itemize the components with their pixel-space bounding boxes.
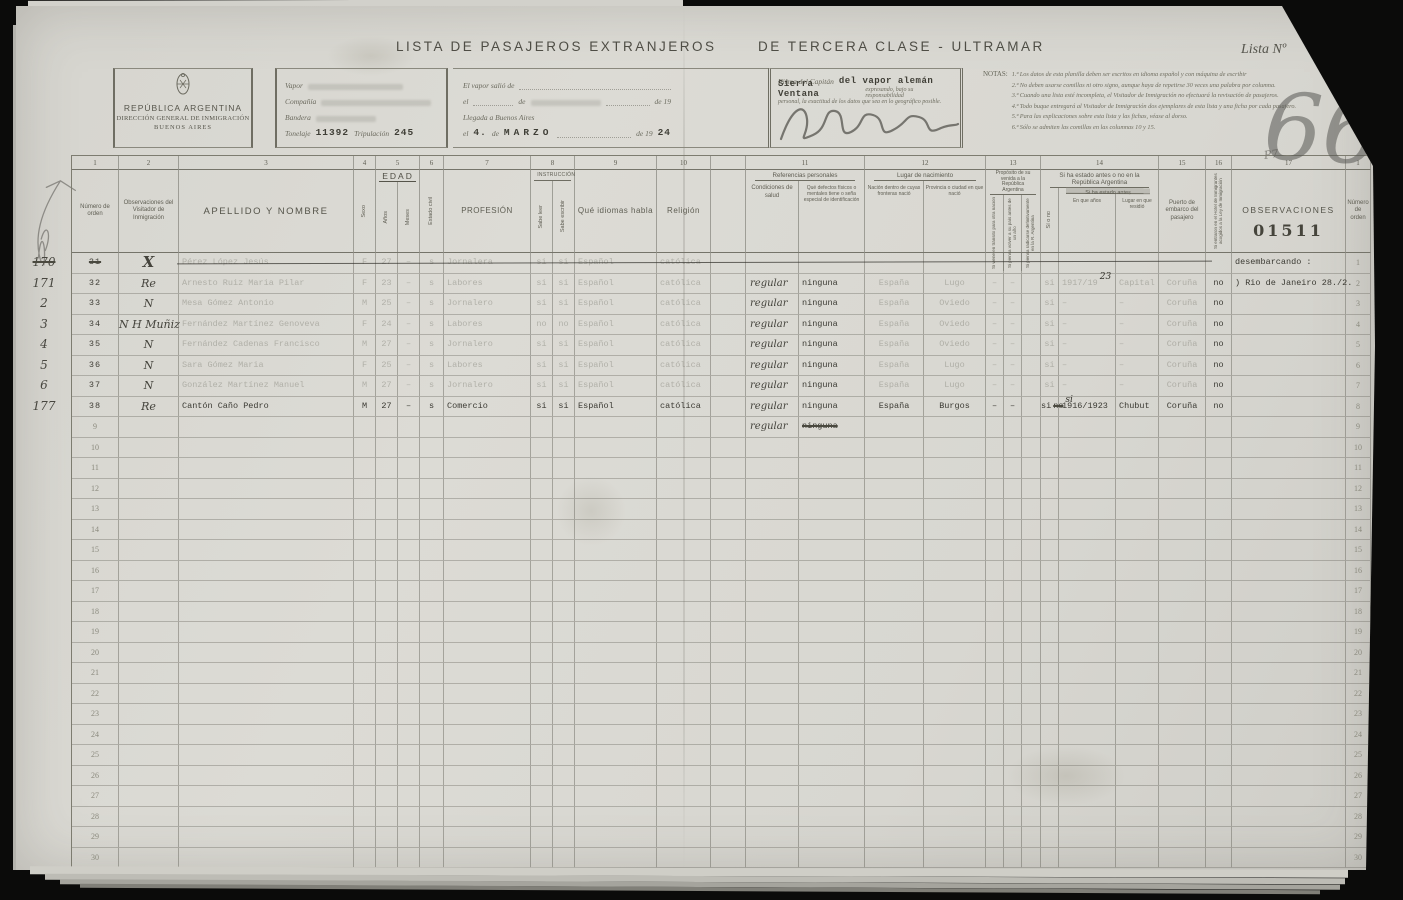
cell-pv: Burgos — [924, 397, 986, 418]
cell-a — [376, 725, 398, 746]
cell-sa — [746, 827, 799, 848]
cell-sa: regular — [746, 274, 799, 295]
cell-sn — [1041, 786, 1059, 807]
cell-p1: – — [986, 356, 1004, 377]
cell-n: 11 — [72, 458, 119, 479]
cell-ob — [1232, 704, 1346, 725]
cell-id — [575, 684, 657, 705]
cell-sa — [746, 745, 799, 766]
cell-na — [865, 848, 924, 869]
cell-ob — [1232, 356, 1346, 377]
cell-es — [553, 602, 575, 623]
cell-o — [119, 807, 179, 828]
cell-ob — [1232, 499, 1346, 520]
cell-lu — [1116, 643, 1159, 664]
cell-ea — [1059, 602, 1116, 623]
cell-p3 — [1022, 376, 1041, 397]
de19-label2: de 19 — [636, 129, 652, 138]
cell-pv — [924, 663, 986, 684]
cell-sp — [711, 786, 746, 807]
cell-a — [376, 663, 398, 684]
cell-lu — [1116, 253, 1159, 274]
cell-ea: – — [1059, 315, 1116, 336]
cell-pr: Jornalero — [444, 335, 531, 356]
cell-num: 23 — [1346, 704, 1371, 725]
cell-ob — [1232, 479, 1346, 500]
cell-name — [179, 479, 354, 500]
cell-ms — [398, 745, 420, 766]
salida-label: El vapor salió de — [463, 81, 514, 90]
table-row: 36NSara Gómez MariaF25–sLaboressisiEspañ… — [72, 356, 1372, 377]
cell-o — [119, 499, 179, 520]
cell-id — [575, 704, 657, 725]
cell-sp — [711, 520, 746, 541]
cell-p2 — [1004, 807, 1022, 828]
cell-sn: si — [1041, 294, 1059, 315]
cell-num: 28 — [1346, 807, 1371, 828]
cell-na: España — [865, 397, 924, 418]
cell-es — [553, 684, 575, 705]
cell-n: 21 — [72, 663, 119, 684]
cell-es — [553, 417, 575, 438]
cell-ms — [398, 786, 420, 807]
cell-le — [531, 848, 553, 869]
cell-p2: – — [1004, 376, 1022, 397]
cell-o — [119, 745, 179, 766]
cell-re: católica — [657, 294, 711, 315]
cell-ec: s — [420, 397, 444, 418]
cell-ho: no — [1206, 274, 1232, 295]
col-number — [711, 156, 746, 170]
cell-a — [376, 807, 398, 828]
cell-ob — [1232, 540, 1346, 561]
cell-n: 34 — [72, 315, 119, 336]
cell-p2: – — [1004, 356, 1022, 377]
cell-o — [119, 725, 179, 746]
cell-re: católica — [657, 274, 711, 295]
table-row: 2121 — [72, 663, 1372, 684]
cell-na — [865, 417, 924, 438]
cell-a — [376, 479, 398, 500]
table-row: 3030 — [72, 848, 1372, 869]
cell-sx — [354, 725, 376, 746]
cell-pv — [924, 725, 986, 746]
cell-p2 — [1004, 745, 1022, 766]
cell-sx: F — [354, 315, 376, 336]
cell-ec — [420, 786, 444, 807]
cell-le — [531, 438, 553, 459]
cell-id — [575, 540, 657, 561]
cell-ho — [1206, 417, 1232, 438]
table-row: 33NMesa Gómez AntonioM25–sJornalerosisiE… — [72, 294, 1372, 315]
cell-p2: – — [1004, 315, 1022, 336]
cell-lu — [1116, 786, 1159, 807]
cell-a — [376, 622, 398, 643]
cell-ea — [1059, 807, 1116, 828]
cell-ho — [1206, 581, 1232, 602]
cell-a — [376, 540, 398, 561]
cell-sa: regular — [746, 376, 799, 397]
el-label2: el — [463, 129, 468, 138]
empty-box — [681, 68, 768, 148]
cell-sx — [354, 643, 376, 664]
cell-ms: – — [398, 294, 420, 315]
cell-ea — [1059, 458, 1116, 479]
cell-n: 10 — [72, 438, 119, 459]
cell-pv — [924, 499, 986, 520]
cell-n: 25 — [72, 745, 119, 766]
cell-pv — [924, 745, 986, 766]
tripulacion-label: Tripulación — [354, 129, 389, 138]
cell-ea — [1059, 827, 1116, 848]
cell-na: España — [865, 294, 924, 315]
cell-name — [179, 438, 354, 459]
cell-pv — [924, 520, 986, 541]
cell-ea — [1059, 684, 1116, 705]
margin-number — [22, 416, 66, 437]
cell-es — [553, 520, 575, 541]
el-label: el — [463, 97, 468, 106]
cell-pt — [1159, 725, 1206, 746]
cell-lu — [1116, 438, 1159, 459]
cell-ec — [420, 581, 444, 602]
cell-name: Sara Gómez Maria — [179, 356, 354, 377]
table-row: 1818 — [72, 602, 1372, 623]
cell-sp — [711, 602, 746, 623]
cell-sn — [1041, 663, 1059, 684]
cell-sa — [746, 520, 799, 541]
header-estado-civil: Estado civil — [428, 197, 434, 225]
cell-p3 — [1022, 622, 1041, 643]
cell-sa — [746, 499, 799, 520]
cell-pr — [444, 561, 531, 582]
cell-sn — [1041, 766, 1059, 787]
cell-ec — [420, 622, 444, 643]
cell-de — [799, 561, 865, 582]
cell-lu — [1116, 499, 1159, 520]
cell-ec: s — [420, 294, 444, 315]
cell-pt: Coruña — [1159, 274, 1206, 295]
cell-ea — [1059, 848, 1116, 869]
table-row: 32ReArnesto Ruiz Maria PilarF23–sLabores… — [72, 274, 1372, 295]
cell-ms: – — [398, 397, 420, 418]
cell-name — [179, 458, 354, 479]
captain-signature — [771, 97, 961, 147]
cell-sx — [354, 581, 376, 602]
cell-sa — [746, 786, 799, 807]
cell-sx: F — [354, 356, 376, 377]
header-proposito: Propósito de su venida a la República Ar… — [990, 170, 1036, 195]
llegada-label: Llegada a Buenos Aires — [463, 113, 534, 122]
cell-sp — [711, 684, 746, 705]
cell-sx — [354, 479, 376, 500]
cell-a: 25 — [376, 356, 398, 377]
cell-p1 — [986, 438, 1004, 459]
cell-a — [376, 745, 398, 766]
col-number: 6 — [420, 156, 444, 170]
cell-num: 7 — [1346, 376, 1371, 397]
cell-pt: Coruña — [1159, 335, 1206, 356]
cell-n: 17 — [72, 581, 119, 602]
stamp-number: 01511 — [1253, 221, 1324, 240]
cell-o — [119, 684, 179, 705]
cell-ob — [1232, 417, 1346, 438]
cell-pv: Lugo — [924, 274, 986, 295]
col-number: 11 — [746, 156, 865, 170]
cell-a — [376, 848, 398, 869]
cell-na: España — [865, 274, 924, 295]
cell-a: 27 — [376, 335, 398, 356]
cell-pr — [444, 766, 531, 787]
cell-p1 — [986, 520, 1004, 541]
cell-o — [119, 622, 179, 643]
cell-sn: si — [1041, 274, 1059, 295]
cell-sx — [354, 622, 376, 643]
cell-sx — [354, 827, 376, 848]
de-label2: de — [492, 129, 499, 138]
cell-pt — [1159, 479, 1206, 500]
cell-ob — [1232, 643, 1346, 664]
cell-sa: regular — [746, 417, 799, 438]
cell-sp — [711, 438, 746, 459]
cell-es: no — [553, 315, 575, 336]
header-numero-orden: Número de orden — [72, 203, 118, 220]
cell-ea — [1059, 766, 1116, 787]
cell-ec — [420, 438, 444, 459]
cell-pv — [924, 643, 986, 664]
cell-name — [179, 704, 354, 725]
cell-pr — [444, 663, 531, 684]
cell-name — [179, 766, 354, 787]
cell-sp — [711, 807, 746, 828]
cell-sn — [1041, 540, 1059, 561]
cell-ho — [1206, 253, 1232, 274]
cell-le — [531, 622, 553, 643]
cell-ho — [1206, 602, 1232, 623]
cell-es: si — [553, 335, 575, 356]
cell-o: N — [119, 335, 179, 356]
cell-num: 14 — [1346, 520, 1371, 541]
cell-ec: s — [420, 376, 444, 397]
cell-a — [376, 561, 398, 582]
cell-o — [119, 766, 179, 787]
cell-ob — [1232, 622, 1346, 643]
cell-sa — [746, 766, 799, 787]
cell-id — [575, 622, 657, 643]
ship-info-box: Vapor Compañía Bandera Tonelaje 11392 Tr… — [275, 68, 448, 148]
cell-p1 — [986, 827, 1004, 848]
cell-a: 24 — [376, 315, 398, 336]
cell-lu — [1116, 602, 1159, 623]
col-number: 4 — [354, 156, 376, 170]
cell-sp — [711, 253, 746, 274]
cell-ea — [1059, 479, 1116, 500]
cell-sa — [746, 438, 799, 459]
cell-le: si — [531, 335, 553, 356]
cell-sx: M — [354, 335, 376, 356]
cell-sx — [354, 766, 376, 787]
cell-id: Español — [575, 356, 657, 377]
cell-re — [657, 745, 711, 766]
cell-name — [179, 417, 354, 438]
header-observaciones-visitador: Observaciones del Visitador de Inmigraci… — [119, 199, 178, 224]
header-transito: Si viene en tránsito para otra nación — [992, 197, 997, 269]
cell-ob — [1232, 786, 1346, 807]
cell-re — [657, 643, 711, 664]
table-row: 2525 — [72, 745, 1372, 766]
cell-ms — [398, 417, 420, 438]
cell-id — [575, 602, 657, 623]
cell-ho — [1206, 786, 1232, 807]
cell-num: 12 — [1346, 479, 1371, 500]
cell-re — [657, 848, 711, 869]
cell-re — [657, 417, 711, 438]
cell-de — [799, 725, 865, 746]
cell-pr — [444, 745, 531, 766]
cell-ho — [1206, 499, 1232, 520]
cell-re: católica — [657, 335, 711, 356]
cell-sa — [746, 458, 799, 479]
cell-pv: Lugo — [924, 356, 986, 377]
header-volver-pais: Si piensa volver a su país antes de un a… — [1008, 195, 1018, 271]
header-en-que-anos: En que años — [1072, 197, 1102, 205]
cell-ob — [1232, 725, 1346, 746]
cell-ec — [420, 827, 444, 848]
cell-pt — [1159, 581, 1206, 602]
cell-de — [799, 438, 865, 459]
de-label: de — [518, 97, 525, 106]
cell-ho — [1206, 725, 1232, 746]
cell-es — [553, 848, 575, 869]
illegible-typed-value — [531, 100, 601, 106]
cell-lu: – — [1116, 335, 1159, 356]
cell-a — [376, 827, 398, 848]
authority-line2: DIRECCIÓN GENERAL DE INMIGRACIÓN — [115, 115, 251, 122]
cell-num: 21 — [1346, 663, 1371, 684]
cell-ms — [398, 725, 420, 746]
cell-sn — [1041, 745, 1059, 766]
cell-de: ninguna — [799, 315, 865, 336]
cell-p3 — [1022, 745, 1041, 766]
cell-pr — [444, 581, 531, 602]
document-photo: LISTA DE PASAJEROS EXTRANJEROS DE TERCER… — [0, 0, 1403, 900]
cell-ec — [420, 684, 444, 705]
cell-sx — [354, 540, 376, 561]
cell-name — [179, 848, 354, 869]
cell-ms — [398, 499, 420, 520]
cell-lu: – — [1116, 315, 1159, 336]
binding-edge — [13, 25, 16, 870]
cell-name — [179, 745, 354, 766]
header-observaciones: OBSERVACIONES — [1241, 206, 1335, 216]
compania-label: Compañía — [285, 97, 316, 106]
cell-ea: – — [1059, 356, 1116, 377]
cell-num: 17 — [1346, 581, 1371, 602]
cell-pt — [1159, 417, 1206, 438]
cell-pv — [924, 540, 986, 561]
table-row: 2727 — [72, 786, 1372, 807]
cell-p2 — [1004, 827, 1022, 848]
cell-a — [376, 786, 398, 807]
cell-p2 — [1004, 704, 1022, 725]
cell-ho — [1206, 479, 1232, 500]
margin-number: 2 — [22, 293, 66, 314]
cell-lu: Capital — [1116, 274, 1159, 295]
cell-lu — [1116, 725, 1159, 746]
cell-pt — [1159, 745, 1206, 766]
cell-ho — [1206, 745, 1232, 766]
cell-ea — [1059, 561, 1116, 582]
table-row: 1515 — [72, 540, 1372, 561]
cell-de — [799, 253, 865, 274]
cell-p2 — [1004, 643, 1022, 664]
col-number: 15 — [1159, 156, 1206, 170]
cell-ec — [420, 540, 444, 561]
cell-sp — [711, 294, 746, 315]
cell-p1: – — [986, 397, 1004, 418]
table-row: 1616 — [72, 561, 1372, 582]
cell-sx — [354, 458, 376, 479]
cell-sa: regular — [746, 397, 799, 418]
header-profesion: PROFESIÓN — [460, 206, 514, 216]
cell-ea — [1059, 786, 1116, 807]
cell-id: Español — [575, 335, 657, 356]
cell-ho — [1206, 663, 1232, 684]
cell-ea — [1059, 499, 1116, 520]
cell-name — [179, 581, 354, 602]
header-nacion: Nación dentro de cuyas fronteras nació — [865, 184, 923, 198]
cell-lu — [1116, 417, 1159, 438]
cell-sp — [711, 274, 746, 295]
table-row: 2323 — [72, 704, 1372, 725]
cell-pv — [924, 581, 986, 602]
document-page: LISTA DE PASAJEROS EXTRANJEROS DE TERCER… — [16, 6, 1376, 870]
cell-de — [799, 807, 865, 828]
cell-p1 — [986, 417, 1004, 438]
cell-pt — [1159, 848, 1206, 869]
cell-na — [865, 561, 924, 582]
cell-sx — [354, 417, 376, 438]
cell-le — [531, 643, 553, 664]
cell-p3 — [1022, 458, 1041, 479]
cell-pr — [444, 807, 531, 828]
cell-p1 — [986, 766, 1004, 787]
cell-pt — [1159, 458, 1206, 479]
cell-sx — [354, 807, 376, 828]
cell-na — [865, 684, 924, 705]
cell-num: 15 — [1346, 540, 1371, 561]
cell-num: 4 — [1346, 315, 1371, 336]
cell-lu — [1116, 745, 1159, 766]
cell-es — [553, 827, 575, 848]
cell-p1 — [986, 745, 1004, 766]
cell-ec: s — [420, 335, 444, 356]
cell-p1 — [986, 540, 1004, 561]
cell-re — [657, 499, 711, 520]
cell-ec: s — [420, 356, 444, 377]
cell-sa — [746, 704, 799, 725]
cell-num: 11 — [1346, 458, 1371, 479]
cell-ec — [420, 807, 444, 828]
cell-es: si — [553, 356, 575, 377]
cell-ho — [1206, 438, 1232, 459]
cell-p2 — [1004, 581, 1022, 602]
cell-ob — [1232, 335, 1346, 356]
cell-n: 12 — [72, 479, 119, 500]
cell-le — [531, 499, 553, 520]
cell-n: 32 — [72, 274, 119, 295]
cell-lu — [1116, 458, 1159, 479]
